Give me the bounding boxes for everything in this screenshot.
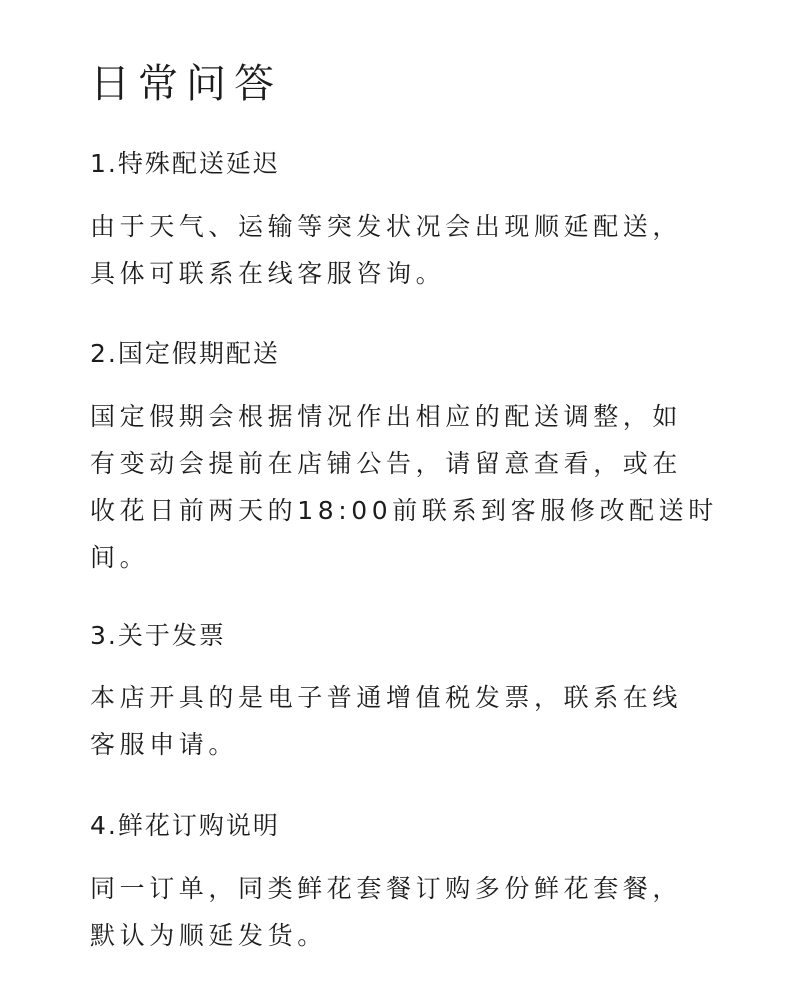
body-line: 客服申请。 [90, 721, 700, 768]
body-line: 默认为顺延发货。 [90, 912, 700, 959]
section-heading-special-delivery-delay: 1.特殊配送延迟 [90, 146, 280, 182]
section-heading-national-holiday-delivery: 2.国定假期配送 [90, 336, 280, 372]
body-line: 同一订单，同类鲜花套餐订购多份鲜花套餐， [90, 865, 700, 912]
page-title: 日常问答 [90, 56, 282, 112]
section-heading-invoice: 3.关于发票 [90, 618, 226, 654]
section-body-special-delivery-delay: 由于天气、运输等突发状况会出现顺延配送， 具体可联系在线客服咨询。 [90, 203, 700, 297]
body-line: 由于天气、运输等突发状况会出现顺延配送， [90, 203, 700, 250]
body-line: 本店开具的是电子普通增值税发票，联系在线 [90, 674, 700, 721]
section-body-flower-order-notes: 同一订单，同类鲜花套餐订购多份鲜花套餐， 默认为顺延发货。 [90, 865, 700, 959]
section-heading-flower-order-notes: 4.鲜花订购说明 [90, 808, 280, 844]
body-line: 有变动会提前在店铺公告，请留意查看，或在 [90, 440, 700, 487]
section-body-national-holiday-delivery: 国定假期会根据情况作出相应的配送调整，如 有变动会提前在店铺公告，请留意查看，或… [90, 393, 700, 581]
body-line: 间。 [90, 534, 700, 581]
body-line: 具体可联系在线客服咨询。 [90, 250, 700, 297]
body-line: 国定假期会根据情况作出相应的配送调整，如 [90, 393, 700, 440]
section-body-invoice: 本店开具的是电子普通增值税发票，联系在线 客服申请。 [90, 674, 700, 768]
body-line: 收花日前两天的18:00前联系到客服修改配送时 [90, 487, 700, 534]
